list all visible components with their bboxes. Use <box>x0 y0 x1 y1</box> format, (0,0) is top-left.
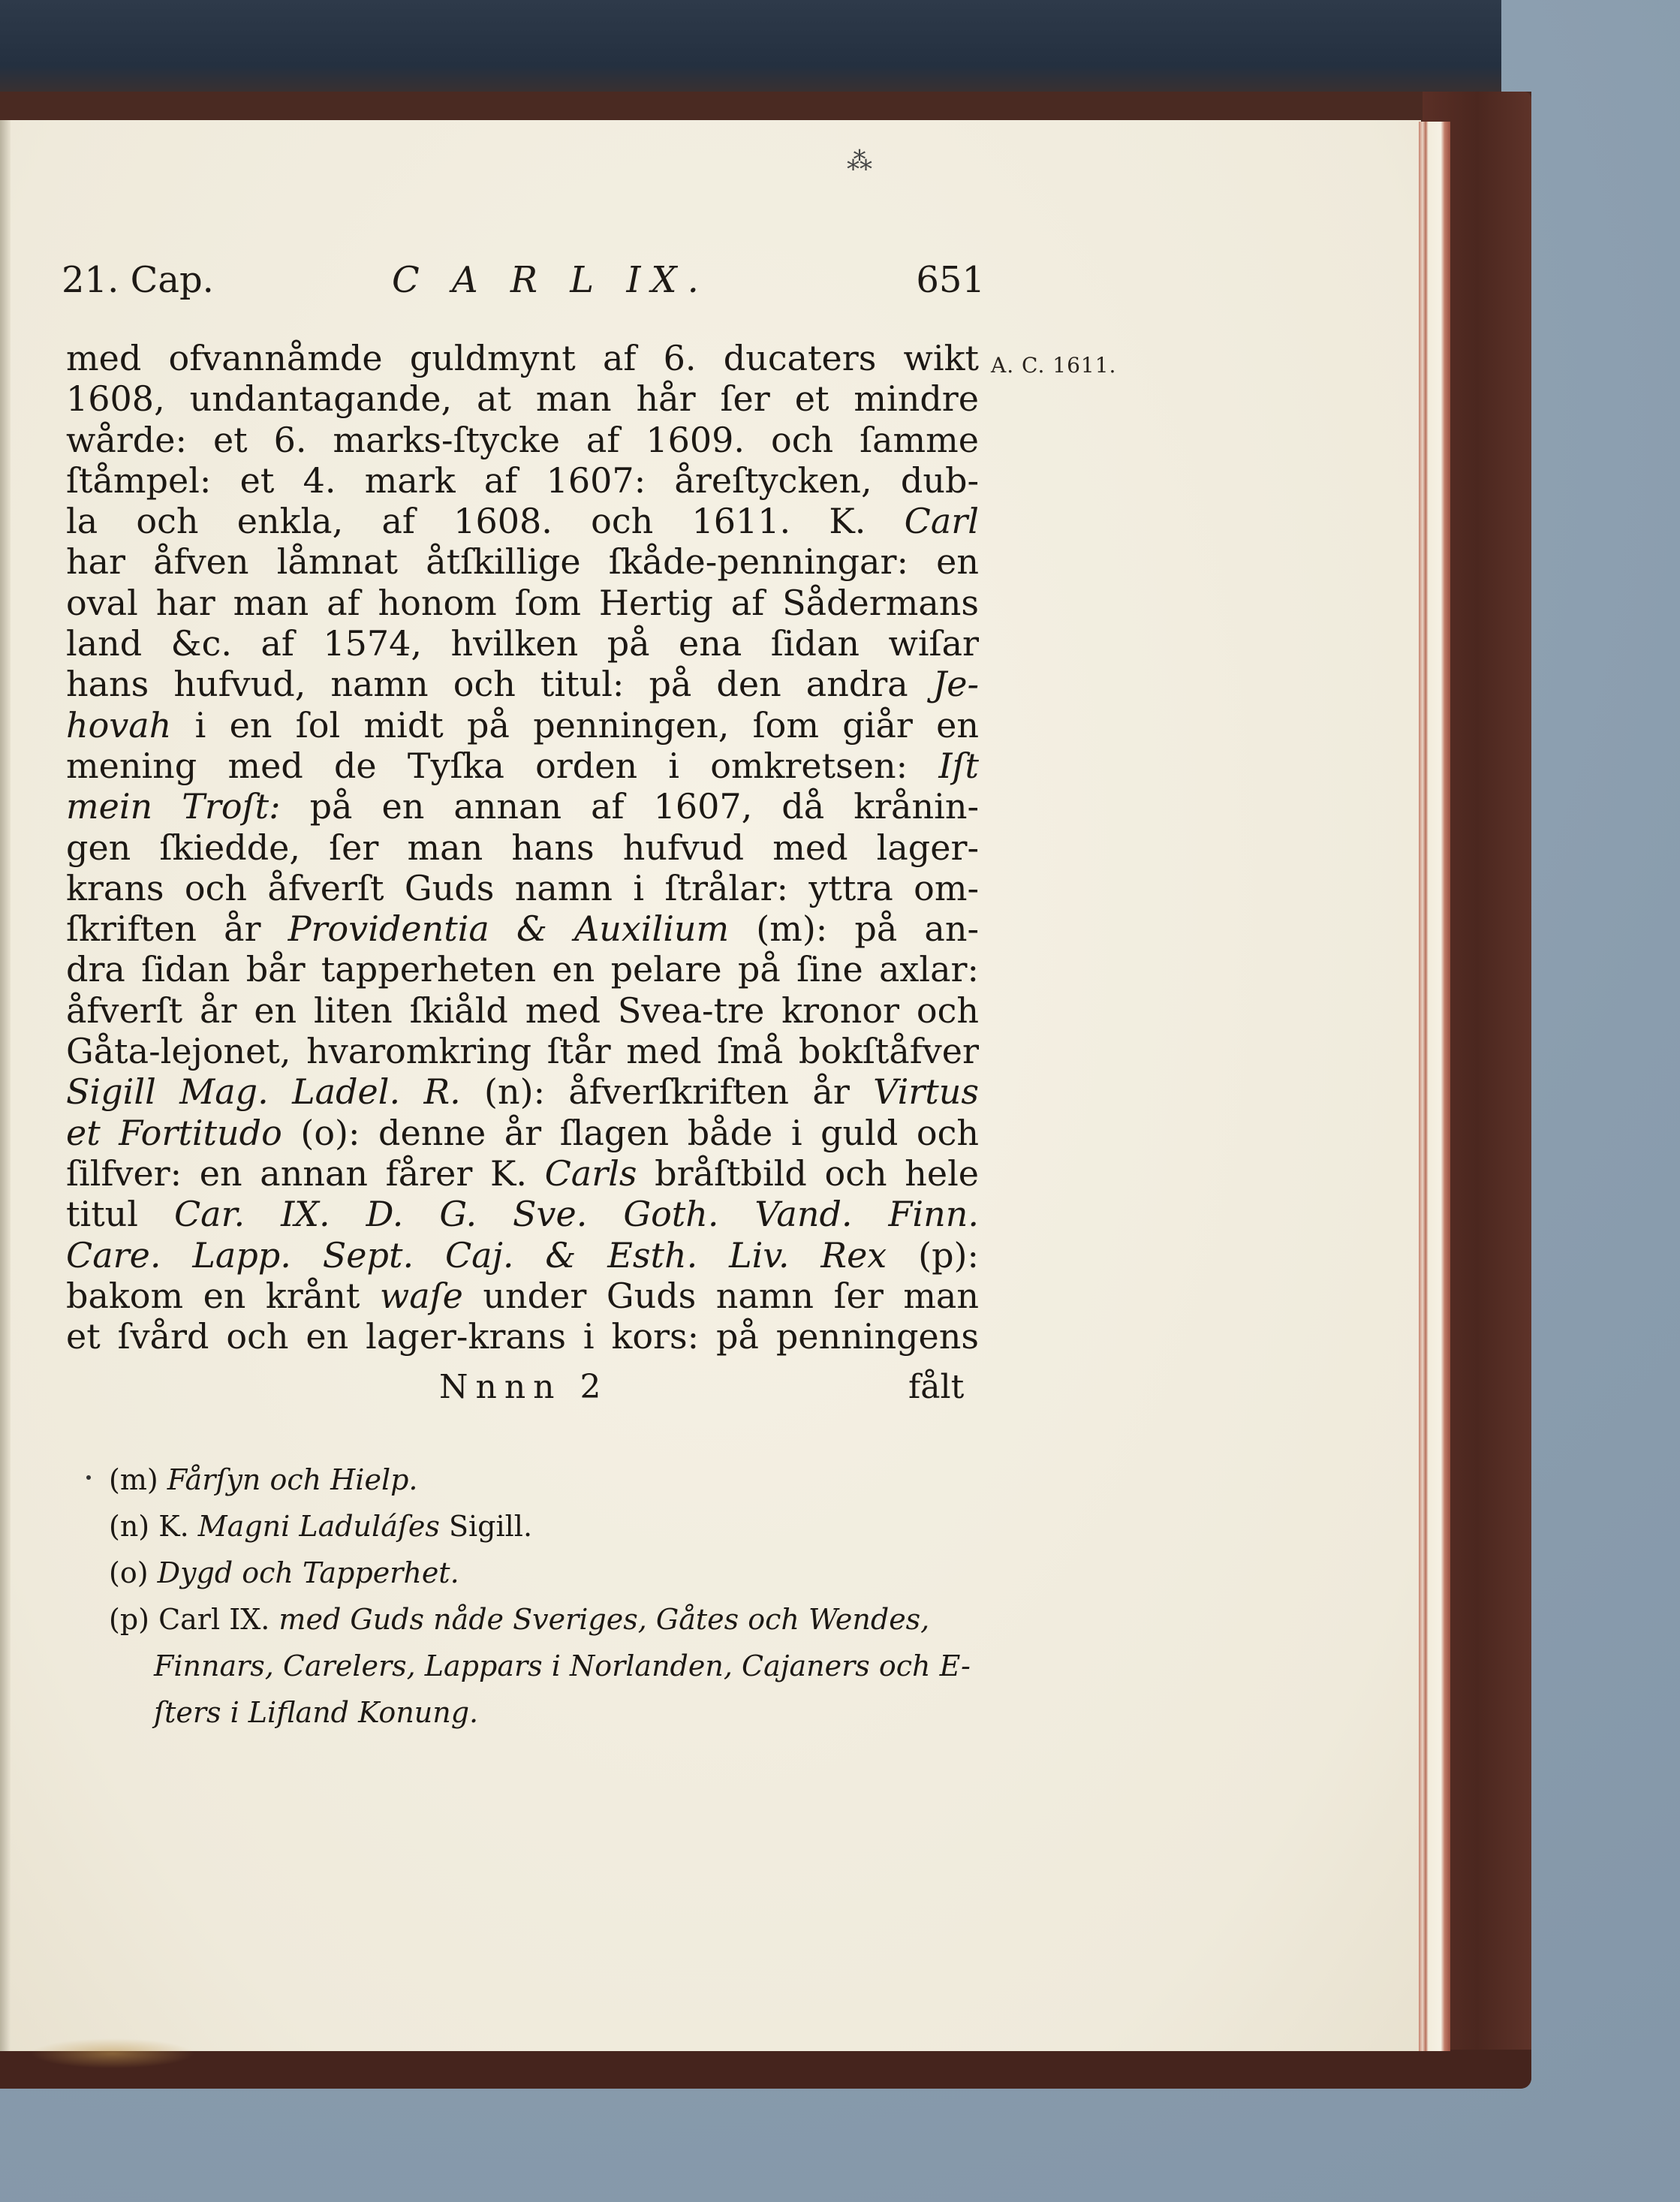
text-run: bakom en krånt <box>66 1276 380 1316</box>
italic-run: Carls <box>545 1153 637 1194</box>
text-run: ſkriften år <box>66 908 288 949</box>
text-line: krans och åfverſt Guds namn i ſtrålar: y… <box>66 868 979 908</box>
text-line: har åfven låmnat åtſkillige ſkåde-pennin… <box>66 541 979 582</box>
text-line: la och enkla, af 1608. och 1611. K. Carl <box>66 501 979 541</box>
italic-run: Sigill Mag. Ladel. R. <box>66 1071 461 1112</box>
page-edges <box>1419 122 1450 2051</box>
footnote-label: (p) <box>109 1603 158 1636</box>
footnote: (m) Fårſyn och Hielp. <box>109 1456 995 1503</box>
text-line: åfverſt år en liten ſkiåld med Svea-tre … <box>66 990 979 1031</box>
footnote: (n) K. Magni Laduláſes Sigill. <box>109 1503 995 1550</box>
footnote-prefix: Carl IX. <box>158 1603 278 1636</box>
text-run: har åfven låmnat åtſkillige ſkåde-pennin… <box>66 541 979 582</box>
text-run: i en ſol midt på penningen, ſom giår en <box>171 705 979 746</box>
stray-dot <box>86 1475 91 1480</box>
binding-bottom-edge <box>0 2050 1531 2089</box>
text-run: åfverſt år en liten ſkiåld med Svea-tre … <box>66 990 979 1031</box>
text-run: la och enkla, af 1608. och 1611. K. <box>66 501 905 541</box>
footnote-text: Magni Laduláſes <box>198 1510 440 1543</box>
text-line: et ſvård och en lager-krans i kors: på p… <box>66 1316 979 1357</box>
text-line: hovah i en ſol midt på penningen, ſom gi… <box>66 705 979 746</box>
footnote-text: Fårſyn och Hielp. <box>167 1463 418 1496</box>
footnote: (o) Dygd och Tapperhet. <box>109 1550 995 1596</box>
text-line: med ofvannåmde guldmynt af 6. ducaters w… <box>66 338 979 378</box>
text-line: bakom en krånt waſe under Guds namn ſer … <box>66 1276 979 1316</box>
text-run: oval har man af honom ſom Hertig af Såde… <box>66 583 979 623</box>
footnote-continuation: Finnars, Carelers, Lappars i Norlanden, … <box>109 1643 995 1689</box>
italic-run: Virtus <box>873 1071 979 1112</box>
text-run: et ſvård och en lager-krans i kors: på p… <box>66 1316 979 1357</box>
text-line: ſkriften år Providentia & Auxilium (m): … <box>66 908 979 949</box>
italic-run: Car. IX. D. G. Sve. Goth. Vand. Finn. <box>174 1194 979 1234</box>
text-run: med ofvannåmde guldmynt af 6. ducaters w… <box>66 338 979 378</box>
ink-blot: ⁂ <box>847 146 872 176</box>
text-run: (m): på an- <box>729 908 979 949</box>
page-number: 651 <box>916 259 985 301</box>
background-shadow <box>0 0 1501 94</box>
running-title: C A R L IX. <box>392 259 709 301</box>
italic-run: Care. Lapp. Sept. Caj. & Esth. Liv. Rex <box>66 1235 887 1276</box>
text-run: (p): <box>887 1235 979 1276</box>
footnote-text: med Guds nåde Sveriges, Gåtes och Wendes… <box>278 1603 929 1636</box>
text-line: ſilfver: en annan fårer K. Carls bråſtbi… <box>66 1153 979 1194</box>
text-line: et Fortitudo (o): denne år ſlagen både i… <box>66 1113 979 1153</box>
text-run: ſtåmpel: et 4. mark af 1607: åreſtycken,… <box>66 460 979 501</box>
text-line: Sigill Mag. Ladel. R. (n): åfverſkriften… <box>66 1071 979 1112</box>
text-line: 1608, undantagande, at man hår ſer et mi… <box>66 378 979 419</box>
footnote-prefix: K. <box>158 1510 198 1543</box>
footnote-label: (o) <box>109 1556 158 1589</box>
text-line: wårde: et 6. marks-ſtycke af 1609. och ſ… <box>66 420 979 460</box>
footnote-text: Dygd och Tapperhet. <box>158 1556 459 1589</box>
text-line: hans hufvud, namn och titul: på den andr… <box>66 664 979 704</box>
footnotes: (m) Fårſyn och Hielp.(n) K. Magni Ladulá… <box>109 1456 995 1736</box>
chapter-label: 21. Cap. <box>62 259 214 301</box>
text-run: 1608, undantagande, at man hår ſer et mi… <box>66 378 979 419</box>
text-run: (n): åfverſkriften år <box>461 1071 873 1112</box>
italic-run: et Fortitudo <box>66 1113 282 1153</box>
water-stain <box>30 2038 195 2068</box>
text-run: under Guds namn ſer man <box>463 1276 979 1316</box>
text-run: dra ſidan bår tapperheten en pelare på ſ… <box>66 949 979 990</box>
text-run: på en annan af 1607, då krånin- <box>281 786 979 827</box>
italic-run: Providentia & Auxilium <box>288 908 730 949</box>
text-run: land &c. af 1574, hvilken på ena ſidan w… <box>66 623 979 664</box>
text-line: dra ſidan bår tapperheten en pelare på ſ… <box>66 949 979 990</box>
italic-run: mein Troſt: <box>66 786 281 827</box>
footnote: (p) Carl IX. med Guds nåde Sveriges, Gåt… <box>109 1596 995 1643</box>
footnote-label: (n) <box>109 1510 158 1543</box>
footnote-continuation: ſters i Lifland Konung. <box>109 1689 995 1736</box>
text-line: land &c. af 1574, hvilken på ena ſidan w… <box>66 623 979 664</box>
text-run: bråſtbild och hele <box>637 1153 979 1194</box>
text-run: krans och åfverſt Guds namn i ſtrålar: y… <box>66 868 979 908</box>
footnote-suffix: Sigill. <box>440 1510 532 1543</box>
text-run: (o): denne år ſlagen både i guld och <box>282 1113 979 1153</box>
text-run: hans hufvud, namn och titul: på den andr… <box>66 664 933 704</box>
text-run: gen ſkiedde, ſer man hans hufvud med lag… <box>66 827 979 868</box>
text-line: Gåta-lejonet, hvaromkring ſtår med ſmå b… <box>66 1031 979 1071</box>
italic-run: waſe <box>380 1276 463 1316</box>
italic-run: hovah <box>66 705 171 746</box>
text-line: Care. Lapp. Sept. Caj. & Esth. Liv. Rex … <box>66 1235 979 1276</box>
text-run: ſilfver: en annan fårer K. <box>66 1153 545 1194</box>
running-head: 21. Cap. C A R L IX. 651 <box>62 259 985 312</box>
text-line: titul Car. IX. D. G. Sve. Goth. Vand. Fi… <box>66 1194 979 1234</box>
text-run: titul <box>66 1194 174 1234</box>
text-line: ſtåmpel: et 4. mark af 1607: åreſtycken,… <box>66 460 979 501</box>
footnote-label: (m) <box>109 1463 167 1496</box>
margin-note-year: A. C. 1611. <box>991 353 1116 378</box>
catchword: fålt <box>908 1368 964 1406</box>
text-run: wårde: et 6. marks-ſtycke af 1609. och ſ… <box>66 420 979 460</box>
italic-run: Iſt <box>938 746 979 786</box>
text-line: oval har man af honom ſom Hertig af Såde… <box>66 583 979 623</box>
text-run: Gåta-lejonet, hvaromkring ſtår med ſmå b… <box>66 1031 979 1071</box>
signature-mark: Nnnn 2 <box>439 1368 609 1406</box>
text-line: gen ſkiedde, ſer man hans hufvud med lag… <box>66 827 979 868</box>
text-line: mein Troſt: på en annan af 1607, då krån… <box>66 786 979 827</box>
page-gutter <box>0 120 11 2051</box>
text-run: mening med de Tyſka orden i omkretsen: <box>66 746 938 786</box>
text-line: mening med de Tyſka orden i omkretsen: I… <box>66 746 979 786</box>
body-text: med ofvannåmde guldmynt af 6. ducaters w… <box>66 338 979 1357</box>
italic-run: Carl <box>905 501 979 541</box>
italic-run: Je- <box>933 664 979 704</box>
